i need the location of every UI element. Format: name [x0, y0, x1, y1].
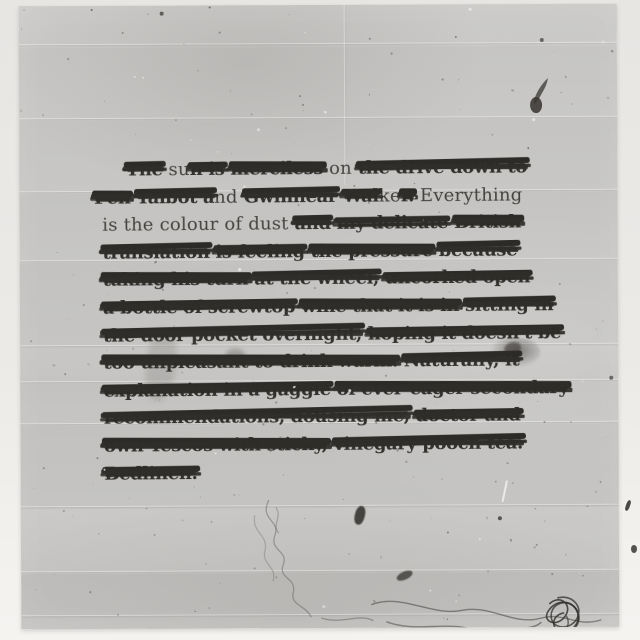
paper-speck [510, 539, 513, 542]
paper-speck [67, 58, 70, 61]
paper-speck [391, 52, 393, 55]
paper-speck [231, 153, 232, 154]
paper-speck [54, 574, 56, 576]
paper-speck [302, 110, 304, 111]
paper-speck [230, 90, 231, 92]
paper-speck [486, 516, 489, 519]
redacted-word: the drive down to [358, 153, 527, 182]
paper-speck [294, 142, 295, 143]
visible-text: Everything [414, 184, 523, 206]
fold-crease [19, 116, 617, 120]
visible-text: is the colour of dust [102, 213, 294, 236]
paper-speck [21, 28, 23, 30]
redacted-word: Bedlinen. [104, 460, 197, 488]
paper-sheet: The sun is merciless on the drive down t… [19, 4, 620, 630]
paper-speck [554, 51, 555, 52]
paper-speck [581, 380, 585, 383]
paper-speck [66, 319, 68, 321]
paper-speck [594, 490, 597, 493]
redacted-word: at the wheel, [254, 265, 379, 294]
paper-speck [607, 97, 610, 100]
paper-speck [145, 508, 147, 510]
redacted-word: British [454, 209, 521, 237]
letter-line: Pen Talbot and Gwinnear Walker. Everythi… [94, 181, 542, 212]
paper-speck [239, 494, 240, 495]
paper-speck [89, 591, 92, 594]
letter-line: is the colour of dust and my delicate Br… [102, 208, 542, 239]
paper-speck [459, 109, 460, 110]
paper-speck [458, 594, 460, 596]
redacted-word: is feeling [215, 238, 304, 266]
fold-crease [21, 569, 619, 573]
paper-speck [257, 128, 261, 132]
paper-speck [373, 599, 376, 603]
paper-speck [596, 329, 597, 330]
letter-line: taking his turn at the wheel, uncorked o… [103, 264, 543, 295]
paper-speck [129, 498, 130, 499]
redacted-word: Gwinnear [244, 182, 337, 210]
paper-speck [53, 364, 56, 366]
paper-speck [487, 570, 489, 572]
paper-speck [117, 614, 120, 617]
redacted-word: wine that it is in [301, 292, 459, 321]
paper-speck [200, 496, 201, 497]
paper-speck [218, 31, 220, 33]
visible-text: on [323, 158, 358, 179]
paper-speck [96, 225, 97, 226]
paper-speck [323, 111, 327, 114]
paper-speck [217, 151, 219, 153]
paper-speck [83, 304, 85, 306]
paper-speck [175, 119, 177, 121]
paper-speck [455, 600, 458, 602]
paper-speck [146, 13, 148, 15]
paper-speck [599, 481, 601, 483]
paper-speck [42, 467, 45, 470]
redacted-word: recommendations, dousing me, [104, 403, 410, 433]
paper-speck [512, 89, 515, 91]
paper-speck [602, 321, 603, 322]
paper-speck [443, 617, 445, 619]
paper-speck [389, 519, 391, 521]
redacted-word: The [126, 156, 163, 184]
visible-text: nd [214, 186, 238, 207]
redacted-word: explanation in a gaggle [103, 376, 330, 405]
paper-speck [72, 516, 74, 518]
paper-speck [104, 101, 105, 102]
paper-speck [285, 127, 287, 129]
paper-speck [455, 36, 458, 39]
ink-speck [353, 505, 367, 526]
letter-line: own Tescos with sticky, vinegary pooch t… [104, 429, 544, 460]
paper-speck [565, 76, 567, 78]
redacted-word: because [439, 236, 518, 264]
paper-speck [73, 274, 74, 275]
debris-speck [631, 545, 637, 553]
paper-speck [534, 546, 536, 548]
redacted-word: hoping it doesn't be [368, 319, 561, 348]
paper-speck [458, 79, 459, 80]
redacted-word: of ever-eager secondary [337, 374, 569, 403]
paper-speck [96, 457, 99, 460]
redacted-word: n is [190, 156, 225, 184]
fold-crease [21, 504, 619, 508]
paper-speck [254, 567, 256, 569]
visible-text: su [162, 159, 189, 180]
redacted-word: taking his turn [103, 266, 249, 295]
paper-speck [565, 554, 567, 556]
paper-speck [431, 518, 432, 520]
redacted-word: Pen [94, 184, 131, 212]
letter-line: translation is feeling the pressure beca… [102, 236, 542, 267]
paper-speck [343, 499, 344, 500]
debris-speck [624, 500, 632, 512]
paper-speck [234, 494, 236, 496]
paper-speck [570, 421, 572, 423]
letter-line: Bedlinen. [104, 457, 544, 488]
fiber-threads [254, 500, 311, 617]
paper-speck [34, 488, 35, 489]
paper-speck [135, 134, 136, 135]
paper-speck [219, 582, 221, 584]
letter-line: explanation in a gaggle of ever-eager se… [103, 374, 543, 405]
redacted-word: the pressure [310, 237, 432, 266]
paper-speck [304, 32, 307, 34]
fiber-tangle [511, 597, 579, 629]
paper-speck [322, 604, 326, 608]
paper-speck [446, 618, 448, 620]
paper-speck [121, 32, 123, 34]
paper-speck [64, 373, 66, 375]
paper-speck [134, 75, 137, 78]
paper-speck [587, 506, 589, 507]
letter-line: a bottle of screwtop wine that it is in … [103, 291, 543, 322]
dirt-specks [19, 6, 21, 8]
paper-speck [536, 544, 538, 546]
letter-text: The sun is merciless on the drive down t… [102, 153, 545, 488]
paper-speck [30, 340, 33, 342]
paper-speck [87, 363, 90, 366]
paper-speck [304, 518, 305, 520]
paper-speck [532, 118, 536, 122]
paper-speck [491, 134, 493, 136]
paper-speck [602, 40, 604, 43]
photo-of-letter: The sun is merciless on the drive down t… [0, 0, 640, 640]
paper-speck [275, 576, 278, 579]
fold-crease [21, 613, 619, 617]
paper-speck [42, 114, 44, 116]
paper-speck [205, 563, 208, 565]
paper-speck [362, 517, 363, 518]
paper-speck [380, 556, 382, 559]
paper-speck [479, 538, 481, 540]
paper-speck [63, 510, 66, 513]
ink-speck [395, 568, 414, 582]
redacted-word: sitting in [465, 291, 554, 319]
redacted-word: a bottle of screwtop [103, 293, 295, 322]
paper-speck [468, 7, 472, 10]
paper-speck [142, 77, 144, 79]
paper-speck [600, 435, 601, 436]
paper-speck [211, 521, 213, 523]
paper-speck [368, 144, 370, 146]
paper-speck [369, 94, 371, 96]
paper-speck [429, 589, 431, 591]
ink-blot-icon [530, 78, 548, 113]
paper-speck [182, 519, 184, 521]
paper-speck [608, 129, 610, 130]
paper-speck [190, 140, 192, 142]
paper-speck [582, 575, 584, 577]
letter-line: recommendations, dousing me, doctor and [104, 402, 544, 433]
redacted-word: too unpleasant to drink warm. [103, 348, 398, 378]
paper-speck [183, 43, 185, 45]
redacted-word: own Tescos with sticky, [104, 431, 328, 460]
fold-crease [19, 42, 617, 46]
paper-speck [559, 282, 562, 285]
redacted-word: doctor and [415, 402, 520, 430]
redacted-word: translation [102, 239, 209, 267]
redacted-word: uncorked open [385, 264, 531, 293]
paper-speck [23, 9, 25, 11]
paper-speck [442, 78, 444, 80]
paper-speck [208, 607, 210, 609]
paper-speck [348, 553, 350, 556]
paper-speck [569, 343, 572, 346]
redacted-word: Naturally, it [404, 347, 520, 376]
paper-speck [610, 49, 614, 53]
redacted-word: merciless [230, 155, 323, 183]
paper-speck [93, 484, 94, 485]
paper-speck [534, 508, 536, 510]
paper-speck [579, 573, 581, 575]
redacted-word: Talbot a [136, 183, 214, 211]
letter-line: the door pocket overnight, hoping it doe… [103, 319, 543, 350]
fiber-threads [321, 600, 601, 629]
paper-speck [154, 534, 156, 536]
redacted-word: vinegary pooch tea. [333, 429, 523, 458]
paper-speck [57, 252, 58, 253]
paper-speck [571, 103, 573, 105]
paper-speck [197, 69, 199, 71]
redacted-word: Wal [343, 182, 379, 210]
paper-speck [551, 573, 553, 576]
paper-speck [35, 589, 36, 590]
redacted-word: and [294, 210, 330, 238]
paper-speck [20, 109, 23, 112]
redacted-word: the door pocket overnight, [103, 320, 362, 350]
paper-speck [194, 610, 196, 612]
paper-speck [560, 92, 562, 94]
paper-speck [302, 104, 304, 106]
letter-line: The sun is merciless on the drive down t… [126, 153, 542, 184]
paper-speck [251, 113, 254, 116]
paper-speck [288, 14, 290, 15]
redacted-word: my delicate [336, 209, 448, 237]
paper-speck [544, 520, 546, 522]
paper-speck [98, 533, 100, 535]
redacted-word: r. [401, 182, 415, 210]
letter-line: too unpleasant to drink warm. Naturally,… [103, 346, 543, 377]
